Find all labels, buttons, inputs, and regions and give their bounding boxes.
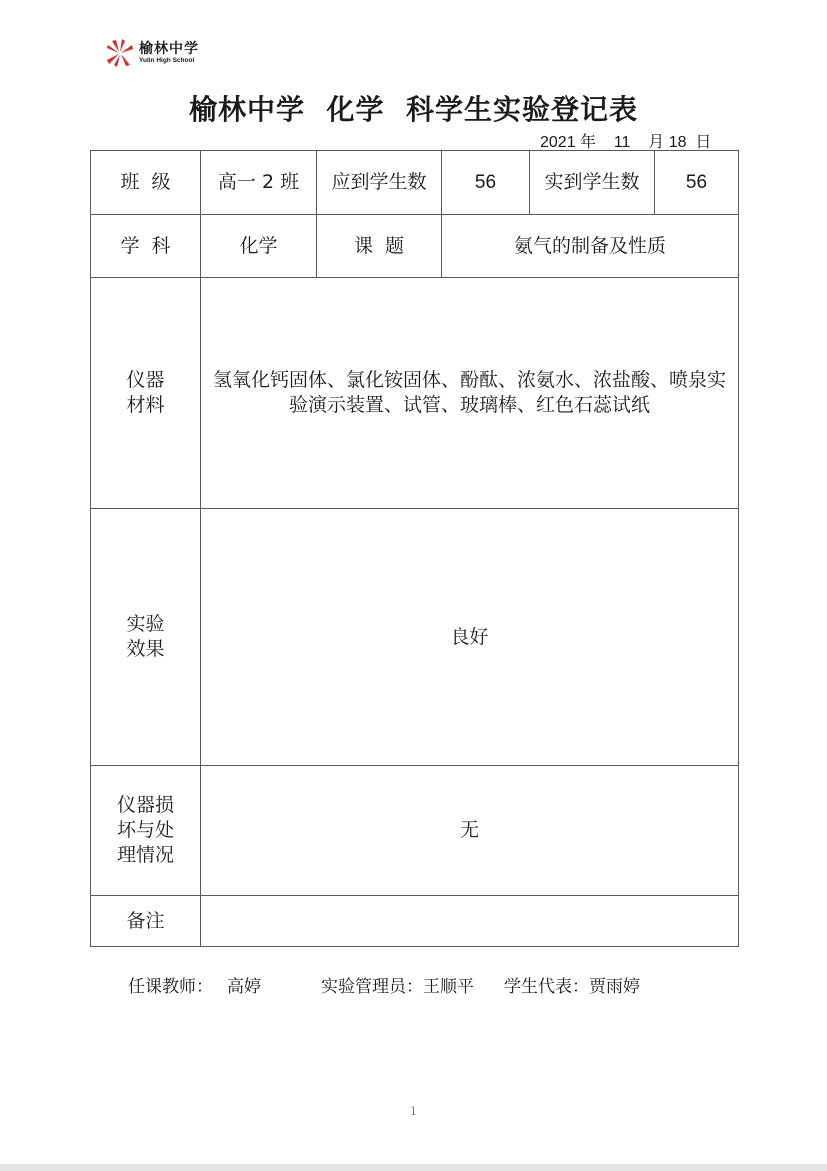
expected-students-value: 56 xyxy=(442,151,530,215)
effect-label-line: 效果 xyxy=(95,637,196,662)
topic-label: 课 题 xyxy=(317,215,442,278)
manager-label: 实验管理员： xyxy=(321,972,423,997)
remarks-value xyxy=(201,896,739,947)
materials-label-line: 仪器 xyxy=(95,368,196,393)
page-number: 1 xyxy=(0,1105,827,1118)
viewer-bottom-bar xyxy=(0,1164,827,1171)
topic-value: 氨气的制备及性质 xyxy=(442,215,739,278)
school-logo: 榆林中学 Yulin High School xyxy=(106,38,199,68)
class-value: 高一 2 班 xyxy=(201,151,317,215)
teacher-label: 任课教师： xyxy=(128,972,213,997)
date-month: 11 xyxy=(614,134,631,151)
damage-label: 仪器损 坏与处 理情况 xyxy=(91,766,201,896)
subject-label: 学 科 xyxy=(91,215,201,278)
student-rep-name: 贾雨婷 xyxy=(589,972,640,997)
damage-label-line: 理情况 xyxy=(95,843,196,868)
subject-value: 化学 xyxy=(201,215,317,278)
date-day: 18 xyxy=(669,134,687,151)
document-title: 榆林中学 化学 科学生实验登记表 xyxy=(0,88,827,128)
damage-label-line: 仪器损 xyxy=(95,793,196,818)
remarks-label: 备注 xyxy=(91,896,201,947)
damage-value: 无 xyxy=(201,766,739,896)
manager-name: 王顺平 xyxy=(423,972,474,997)
table-row: 备注 xyxy=(91,896,739,947)
table-row: 班 级 高一 2 班 应到学生数 56 实到学生数 56 xyxy=(91,151,739,215)
table-row: 仪器损 坏与处 理情况 无 xyxy=(91,766,739,896)
class-label: 班 级 xyxy=(91,151,201,215)
date-month-label: 月 xyxy=(648,134,664,151)
registration-form-table: 班 级 高一 2 班 应到学生数 56 实到学生数 56 学 科 化学 课 题 … xyxy=(90,150,739,947)
actual-students-label: 实到学生数 xyxy=(530,151,655,215)
effect-label: 实验 效果 xyxy=(91,509,201,766)
logo-name-cn: 榆林中学 xyxy=(139,42,199,56)
student-rep-label: 学生代表： xyxy=(504,972,589,997)
logo-flower-icon xyxy=(106,38,134,68)
damage-label-line: 坏与处 xyxy=(95,818,196,843)
actual-students-value: 56 xyxy=(655,151,739,215)
date-line: 2021 年 11 月 18 日 xyxy=(540,129,711,152)
teacher-name: 高婷 xyxy=(227,972,261,997)
date-year-label: 年 xyxy=(580,134,596,151)
effect-label-line: 实验 xyxy=(95,612,196,637)
signature-line: 任课教师：高婷实验管理员：王顺平学生代表：贾雨婷 xyxy=(128,972,640,997)
logo-name-en: Yulin High School xyxy=(139,58,199,65)
effect-value: 良好 xyxy=(201,509,739,766)
materials-label-line: 材料 xyxy=(95,393,196,418)
materials-label: 仪器 材料 xyxy=(91,278,201,509)
materials-value: 氢氧化钙固体、氯化铵固体、酚酞、浓氨水、浓盐酸、喷泉实验演示装置、试管、玻璃棒、… xyxy=(201,278,739,509)
table-row: 实验 效果 良好 xyxy=(91,509,739,766)
table-row: 仪器 材料 氢氧化钙固体、氯化铵固体、酚酞、浓氨水、浓盐酸、喷泉实验演示装置、试… xyxy=(91,278,739,509)
date-year: 2021 xyxy=(540,134,576,151)
expected-students-label: 应到学生数 xyxy=(317,151,442,215)
table-row: 学 科 化学 课 题 氨气的制备及性质 xyxy=(91,215,739,278)
date-day-label: 日 xyxy=(695,134,711,151)
